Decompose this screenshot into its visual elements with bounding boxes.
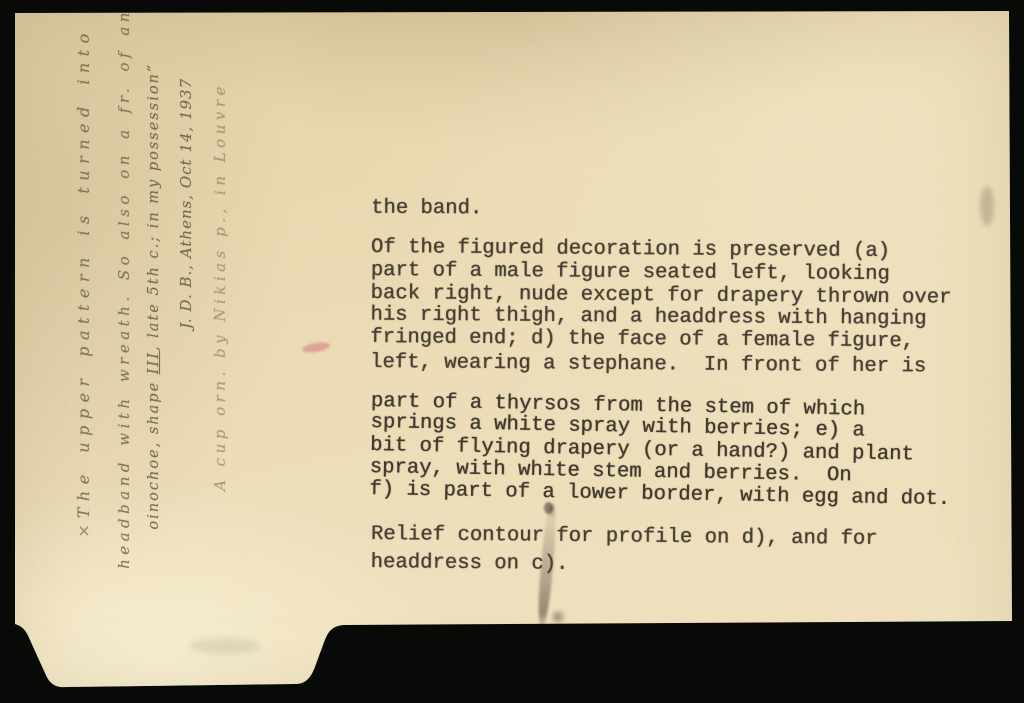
handwritten-text-underlined: III [146,351,162,374]
pink-stain [301,341,330,355]
handwritten-text: oinochoe, shape [146,374,162,529]
handwritten-note-line-2: headband with wreath. So also on a fr. o… [88,83,112,618]
typed-line: the band. [371,197,482,221]
typed-paragraph-decoration: Of the figured decoration is preserved (… [370,236,952,379]
edge-smudge [980,186,994,226]
typed-line: headdress on c). [370,549,877,582]
typed-paragraph-band: the band. [371,197,482,221]
typed-line: fringed end; d) the face of a female fig… [370,326,951,354]
ink-smudge-blob [550,608,566,626]
index-card: the band. Of the figured decoration is p… [0,0,1024,703]
handwritten-note-line-1: ×The upper pattern is turned into a [48,95,72,600]
typed-paragraph-thyrsos: part of a thyrsos from the stem of which… [369,391,952,511]
handwritten-faint-note: A cup orn. by Nikias p., in Louvre [184,108,208,528]
scanned-photo-background: { "scene": { "background_color": "#080a0… [0,0,1024,703]
handwritten-note-line-3: oinochoe, shape III, late 5th c.; in my … [118,88,142,556]
tab-smudge [190,638,260,654]
typed-line: left, wearing a stephane. In front of he… [370,351,951,379]
handwritten-signature-date: J. D. B., Athens, Oct 14, 1937 [150,94,174,352]
typed-paragraph-relief: Relief contour for profile on d), and fo… [370,521,877,582]
handwritten-text: A cup orn. by Nikias p., in Louvre [211,82,229,491]
